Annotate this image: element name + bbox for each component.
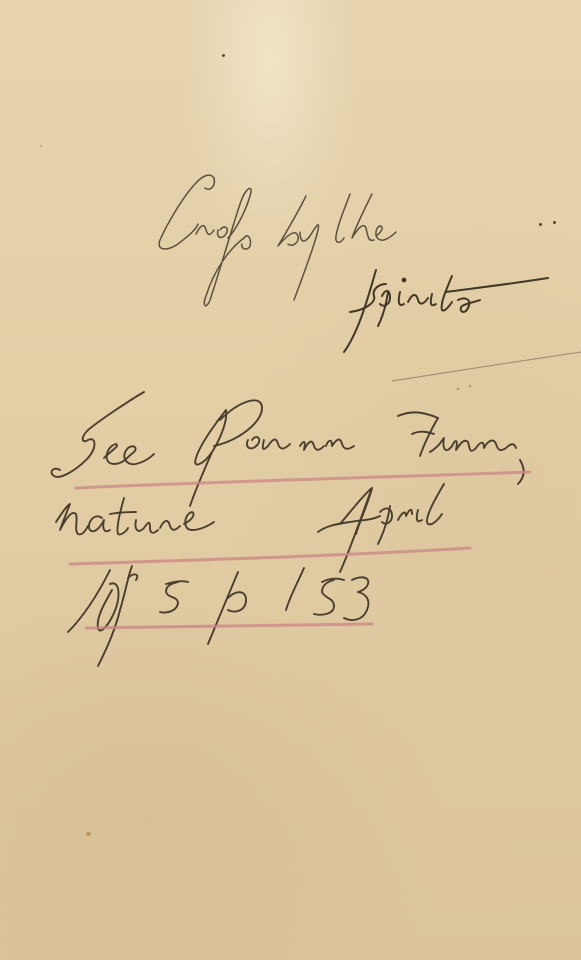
handwriting-line-cross-by-the [159, 175, 396, 306]
red-underline-1 [76, 472, 530, 488]
red-underlines [70, 472, 530, 628]
handwriting-line-date-page [68, 566, 368, 666]
handwriting-layer [0, 0, 581, 960]
faint-pencil-line [392, 352, 581, 381]
aged-paper-card: Cross by the Spirits See Oxon in Human n… [0, 0, 581, 960]
red-underline-3 [86, 624, 372, 628]
red-underline-2 [70, 548, 470, 564]
handwriting-line-see-oxon [52, 392, 524, 506]
handwriting-line-spirits [344, 270, 548, 352]
